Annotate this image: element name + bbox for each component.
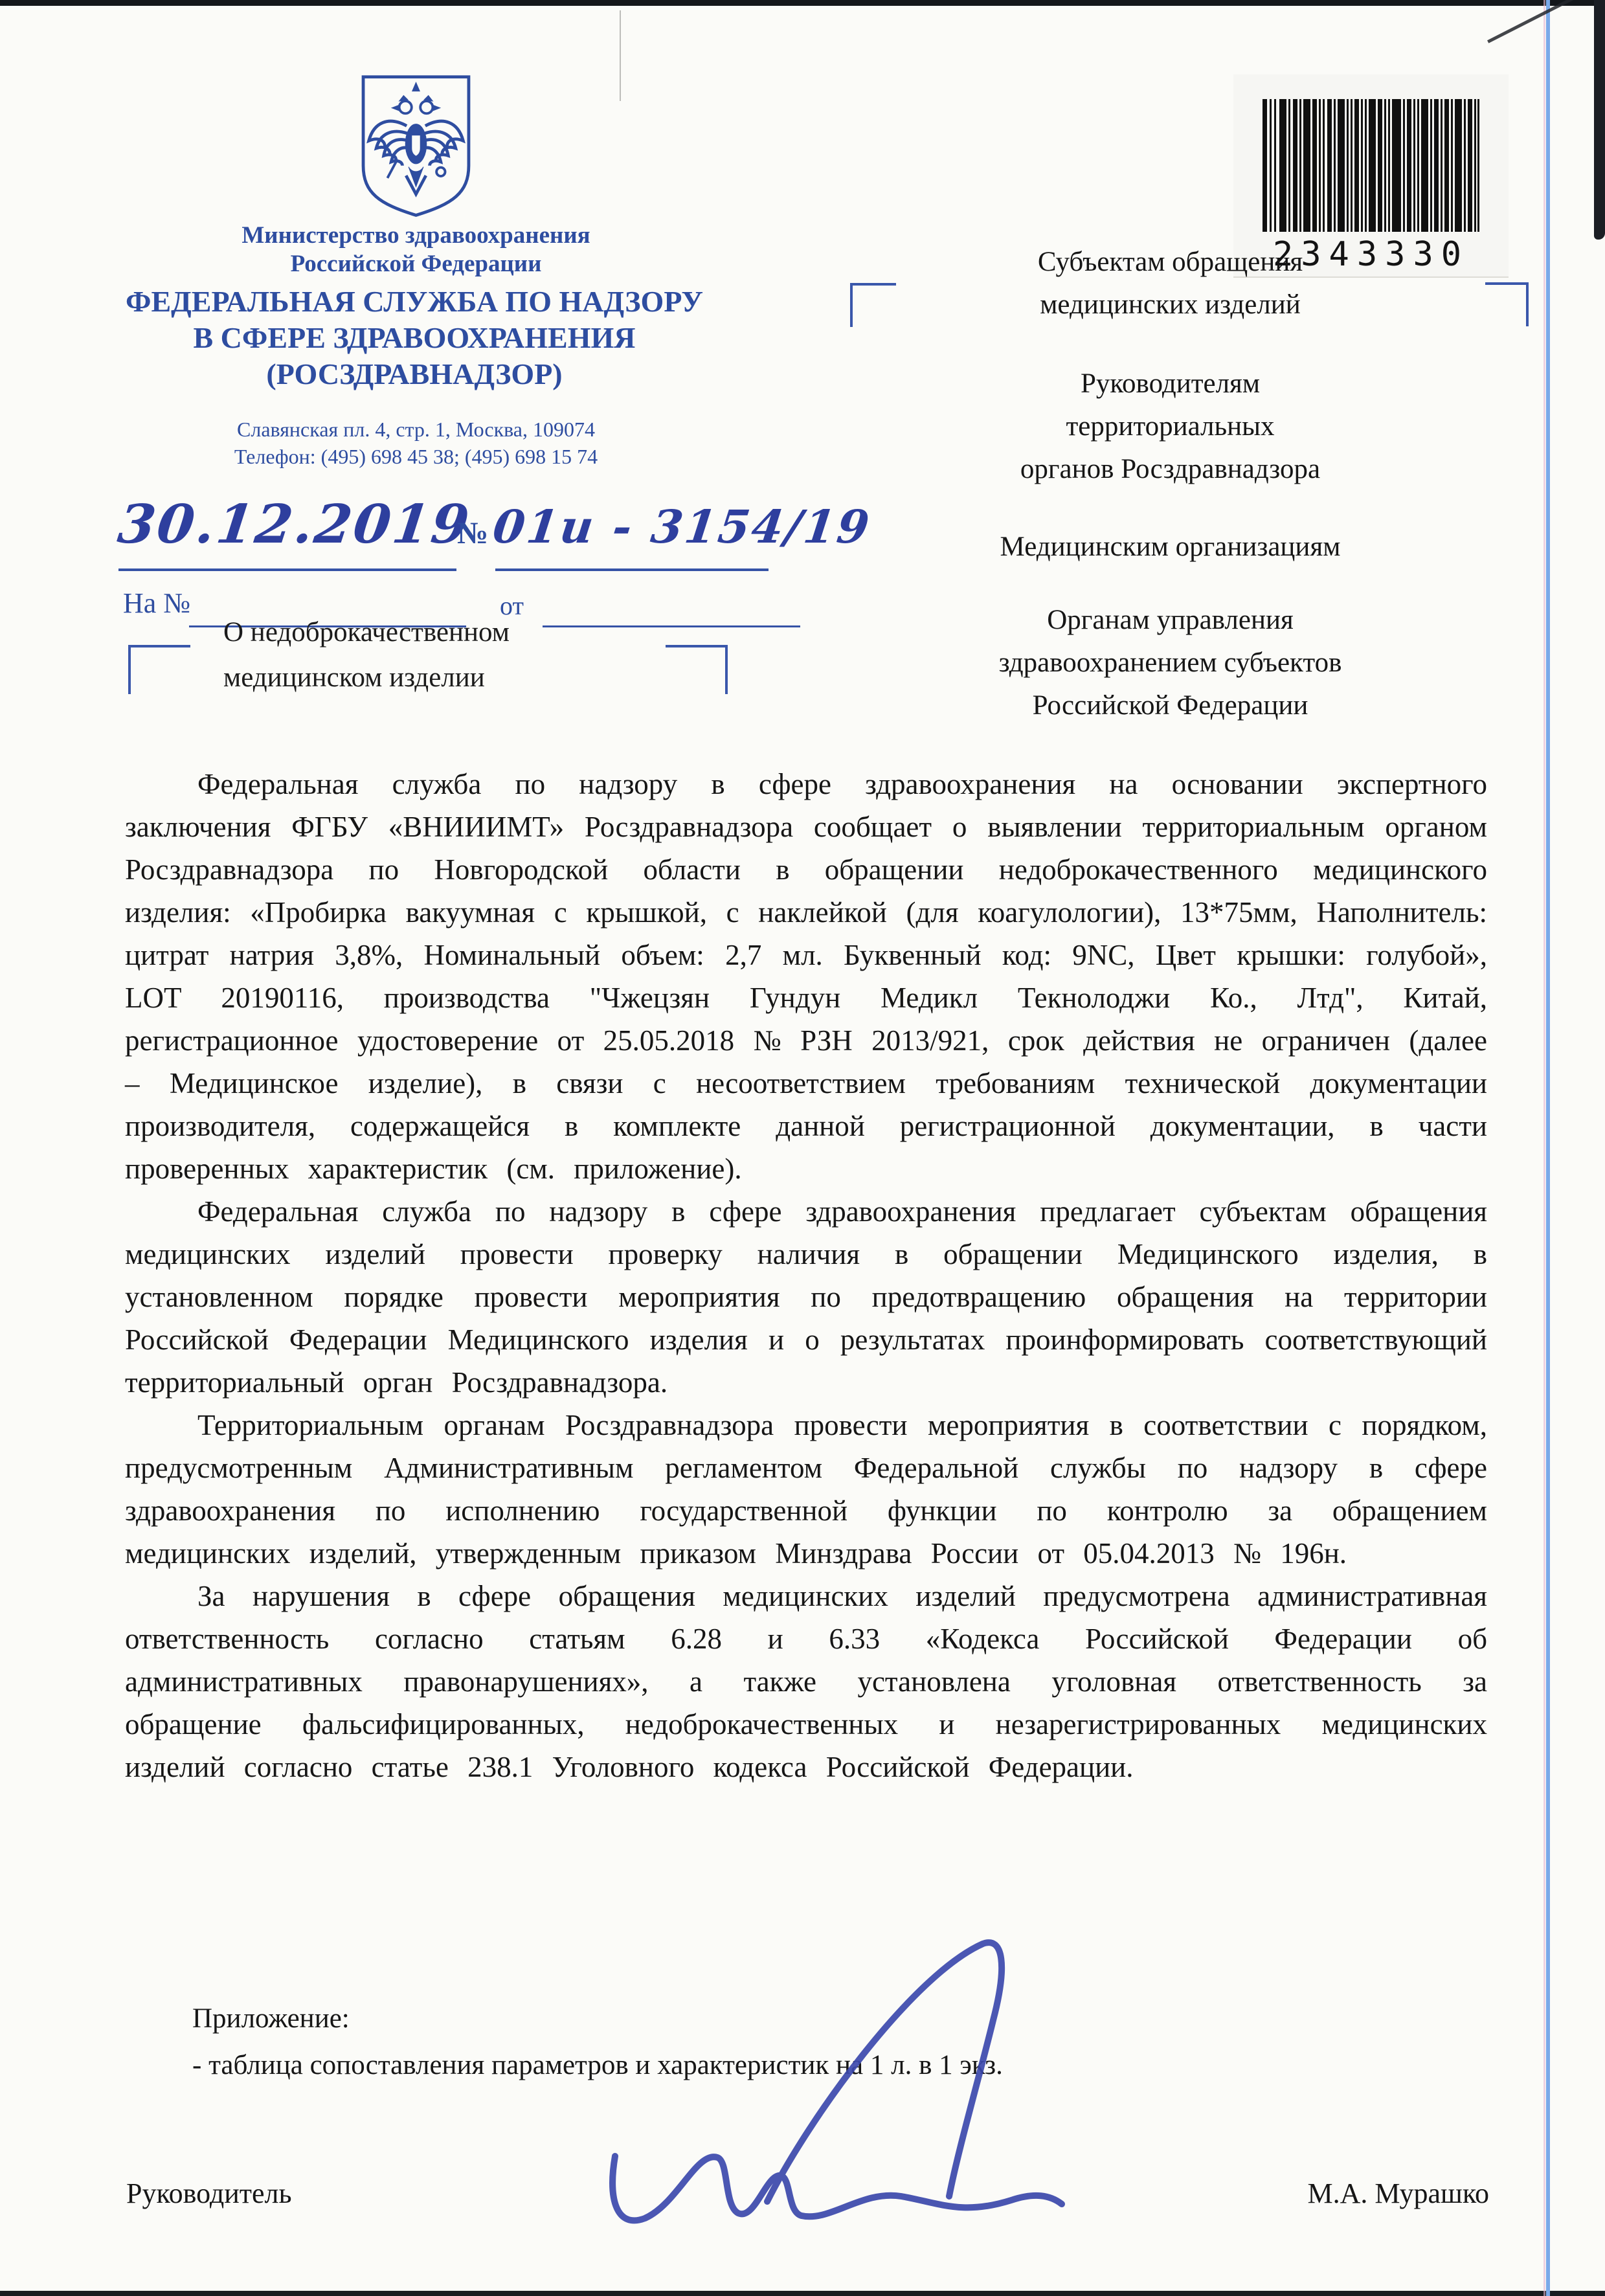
- scan-edge-top: [0, 0, 1605, 6]
- ministry-name: Министерство здравоохранения Российской …: [97, 221, 735, 278]
- paragraph-notification: Федеральная служба по надзору в сфере зд…: [125, 763, 1487, 1190]
- barcode-icon: [1263, 99, 1479, 232]
- scan-edge-pink-line: [1543, 0, 1545, 2296]
- paragraph-instruction-territorial: Территориальным органам Росздравнадзора …: [125, 1404, 1487, 1575]
- handwritten-signature: [550, 1904, 1101, 2266]
- reply-date-underline: [543, 625, 800, 627]
- reply-to-label: На №: [123, 587, 190, 620]
- scan-edge-blue-line: [1546, 0, 1550, 2296]
- subject-corner-bracket-right: [666, 645, 728, 694]
- subject-line: О недоброкачественном медицинском издели…: [223, 610, 510, 701]
- subject-corner-bracket-left: [128, 645, 190, 694]
- letter-body: Федеральная служба по надзору в сфере зд…: [125, 763, 1487, 1788]
- handwritten-date: 30.12.2019: [115, 493, 474, 556]
- service-name: ФЕДЕРАЛЬНАЯ СЛУЖБА ПО НАДЗОРУ В СФЕРЕ ЗД…: [84, 284, 745, 392]
- scanned-letter-page: Министерство здравоохранения Российской …: [0, 0, 1605, 2296]
- recipient-corner-bracket-right: [1485, 282, 1529, 326]
- recipient-corner-bracket-left: [850, 283, 896, 327]
- number-underline: [495, 568, 769, 571]
- recipient-health-authorities: Органам управления здравоохранением субъ…: [845, 599, 1496, 727]
- scan-scratch-top-right: [1487, 0, 1575, 43]
- letterhead-address: Славянская пл. 4, стр. 1, Москва, 109074…: [97, 416, 735, 470]
- signer-position: Руководитель: [126, 2177, 292, 2210]
- recipient-territorial-heads: Руководителям территориальных органов Ро…: [845, 363, 1496, 491]
- signer-name: М.А. Мурашко: [1230, 2177, 1489, 2210]
- coat-of-arms-icon: [353, 73, 479, 221]
- date-underline: [118, 568, 456, 571]
- scan-scratch-vertical: [620, 10, 621, 101]
- scan-edge-bottom: [0, 2291, 1605, 2296]
- number-sign: №: [457, 515, 488, 551]
- recipient-medical-organizations: Медицинским организациям: [845, 526, 1496, 568]
- scan-corner-shadow: [1594, 0, 1605, 240]
- handwritten-outgoing-number: 01и - 3154/19: [490, 500, 874, 554]
- paragraph-instruction-subjects: Федеральная служба по надзору в сфере зд…: [125, 1190, 1487, 1404]
- paragraph-liability: За нарушения в сфере обращения медицинск…: [125, 1575, 1487, 1788]
- recipient-subjects: Субъектам обращения медицинских изделий: [845, 241, 1496, 326]
